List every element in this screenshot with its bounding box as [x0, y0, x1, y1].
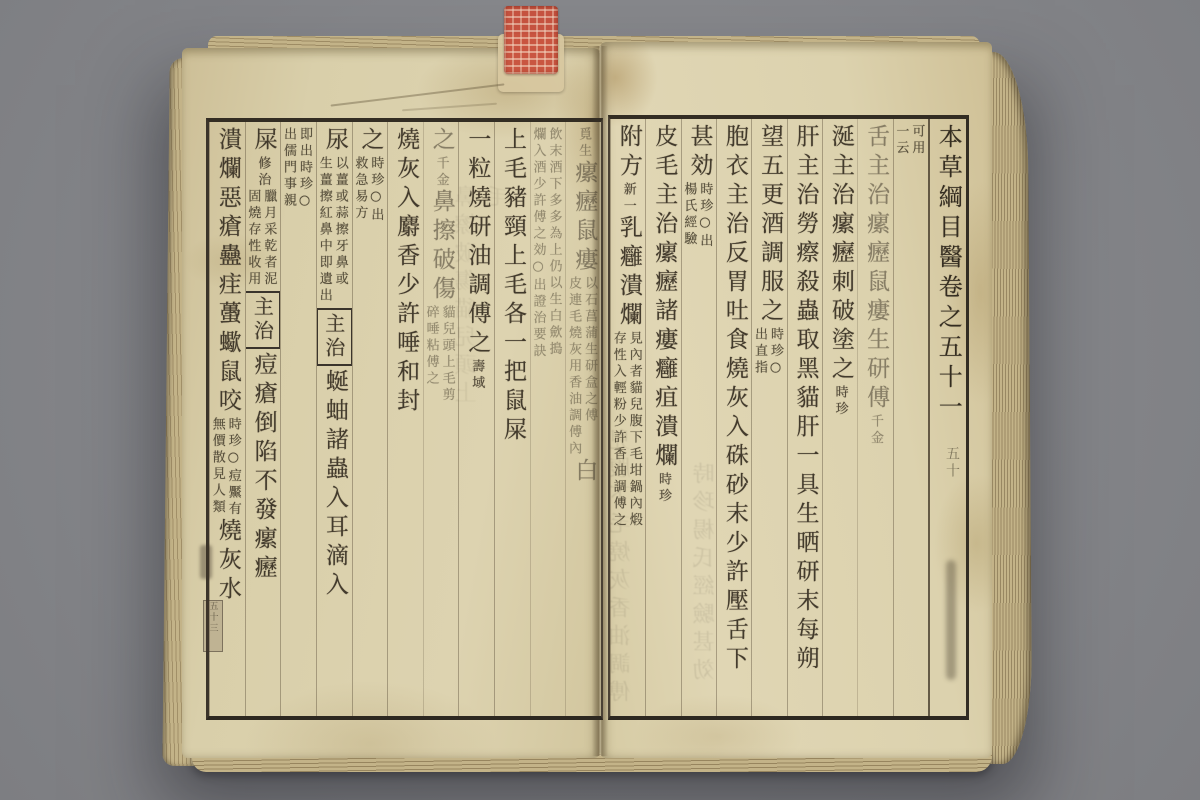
column-segment-big: 鼻擦破傷 [428, 189, 453, 305]
text-column: 望五更酒調服之時珍○出直指 [751, 119, 786, 716]
column-segment-small2: 時珍○出直指 [754, 327, 785, 379]
column-segment-big: 之 [428, 127, 453, 156]
column-segment-big: 甚効 [686, 124, 711, 182]
text-column: 即出時珍○出儒門事親 [280, 122, 316, 716]
column-segment-big: 舌主治瘰癧鼠瘻生研傅 [863, 124, 888, 414]
column-segment-small2: 時珍○痘黶有無價散見人類 [212, 417, 243, 518]
column-segment-big: 涎主治瘰癧刺破塗之 [828, 124, 853, 385]
text-column: 覓生瘰癧鼠瘻以石菖蒲生研盒之傅皮連毛燒灰用香油調傅內白 [565, 122, 601, 716]
text-column: 之時珍○出救急易方 [352, 122, 388, 716]
text-column: 舌主治瘰癧鼠瘻生研傅千金 [857, 119, 892, 716]
column-segment-big: 胞衣主治反胃吐食燒灰入硃砂末少許壓舌下 [722, 124, 747, 675]
column-segment-big: 乳癰潰爛 [616, 215, 641, 331]
column-segment-big: 之 [357, 127, 382, 156]
text-column: 尿以薑或蒜擦牙鼻或生薑擦紅鼻中即遺出主治蜒蚰諸蟲入耳滴入 [316, 122, 352, 716]
column-segment-small2: 臘月采乾者泥固燒存性收用 [247, 189, 278, 288]
ink-bleed-through: 兒腹下毛燒灰香油調傅 [606, 428, 637, 708]
column-segment-small2: 即出時珍○出儒門事親 [283, 127, 314, 212]
ink-smudge [946, 560, 956, 680]
column-segment-big: 白 [571, 458, 596, 487]
text-column: 飲末酒下多多為上仍以生白歛搗爛入酒少許傅之効○出證治要訣 [530, 122, 566, 716]
corner-mark: 五十三 [203, 600, 223, 652]
column-segment-big: 本草綱目醫卷之五十一 [935, 124, 961, 424]
column-segment-small: 時珍 [831, 385, 850, 418]
column-segment-big: 望五更酒調服之 [757, 124, 782, 327]
text-column: 燒灰入麝香少許唾和封 [387, 122, 423, 716]
column-segment-small: 千金 [432, 156, 451, 189]
column-segment-big: 燒灰水 [215, 518, 240, 605]
column-segment-small2: 飲末酒下多多為上仍以生白歛搗爛入酒少許傅之効○出證治要訣 [533, 127, 564, 360]
corner-mark-text: 五十三 [207, 601, 220, 651]
text-column: 皮毛主治瘰癧諸瘻癰疽潰爛時珍 [645, 119, 680, 716]
left-page-text-frame: 覓生瘰癧鼠瘻以石菖蒲生研盒之傅皮連毛燒灰用香油調傅內白飲末酒下多多為上仍以生白歛… [206, 118, 603, 720]
ink-smudge [200, 545, 212, 579]
text-column: 胞衣主治反胃吐食燒灰入硃砂末少許壓舌下 [716, 119, 751, 716]
ink-bleed-through: 時珍楊氏經驗甚効 [690, 462, 721, 707]
column-segment-box: 主治 [316, 308, 352, 366]
column-segment-big: 尿 [322, 127, 347, 156]
column-segment-big: 皮毛主治瘰癧諸瘻癰疽潰爛 [651, 124, 676, 472]
text-column: 屎修治臘月采乾者泥固燒存性收用主治痘瘡倒陷不發瘰癧 [245, 122, 281, 716]
column-segment-small: 覓生 [574, 127, 593, 160]
column-segment-small: 修治 [253, 156, 272, 189]
folio-edge-number: 五十 [942, 446, 962, 480]
column-segment-small2: 可用一云 [895, 124, 926, 157]
column-segment-box: 主治 [245, 291, 281, 349]
text-column: 肝主治勞瘵殺蟲取黑貓肝一具生晒研末每朔 [787, 119, 822, 716]
column-segment-big: 屎 [250, 127, 275, 156]
column-segment-big: 燒灰入麝香少許唾和封 [393, 127, 418, 417]
column-segment-small2: 時珍○出楊氏經驗 [683, 182, 714, 250]
column-segment-big: 潰爛惡瘡蠱疰蠆蠍鼠咬 [215, 127, 240, 417]
text-column: 可用一云 [893, 119, 928, 716]
column-segment-small: 千金 [866, 414, 885, 447]
text-column: 涎主治瘰癧刺破塗之時珍 [822, 119, 857, 716]
column-segment-small2: 以石菖蒲生研盒之傅皮連毛燒灰用香油調傅內 [568, 276, 599, 458]
column-segment-big: 蜒蚰諸蟲入耳滴入 [322, 369, 347, 601]
column-segment-big: 瘰癧鼠瘻 [571, 160, 596, 276]
column-segment-small2: 以薑或蒜擦牙鼻或生薑擦紅鼻中即遺出 [319, 156, 350, 305]
right-page-text-frame: 本草綱目醫卷之五十一可用一云舌主治瘰癧鼠瘻生研傅千金涎主治瘰癧刺破塗之時珍肝主治… [608, 115, 969, 720]
ink-bleed-through: 鼻擦破傷貓兒頭上毛 [452, 185, 514, 420]
column-segment-small: 時珍 [654, 472, 673, 505]
column-segment-small2: 時珍○出救急易方 [354, 156, 385, 224]
column-segment-small: 新一 [619, 182, 638, 215]
photograph-of-open-book: 覓生瘰癧鼠瘻以石菖蒲生研盒之傅皮連毛燒灰用香油調傅內白飲末酒下多多為上仍以生白歛… [0, 0, 1200, 800]
column-segment-big: 附方 [616, 124, 641, 182]
column-segment-big: 痘瘡倒陷不發瘰癧 [250, 352, 275, 584]
column-segment-big: 肝主治勞瘵殺蟲取黑貓肝一具生晒研末每朔 [792, 124, 817, 675]
red-seal [504, 6, 558, 74]
